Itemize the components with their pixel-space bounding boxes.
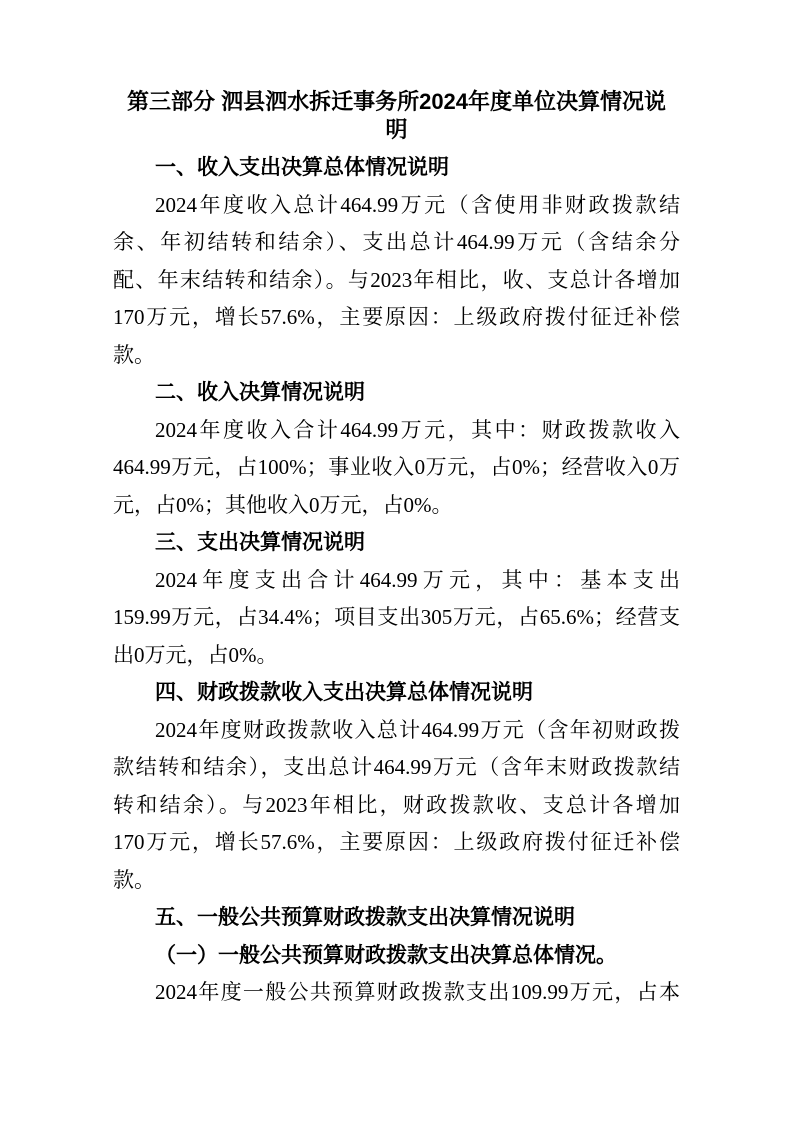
document-body: 第三部分 泗县泗水拆迁事务所2024年度单位决算情况说 明 一、收入支出决算总体… xyxy=(113,88,680,1012)
paragraph-line: 2024年度财政拨款收入总计464.99万元（含年初财政拨 xyxy=(113,712,680,750)
paragraph-line: 170万元，增长57.6%，主要原因：上级政府拨付征迁补偿 xyxy=(113,824,680,862)
document-title-line-1: 第三部分 泗县泗水拆迁事务所2024年度单位决算情况说 xyxy=(113,88,680,116)
section-heading: 四、财政拨款收入支出决算总体情况说明 xyxy=(113,674,680,712)
paragraph-line: 配、年末结转和结余）。与2023年相比，收、支总计各增加 xyxy=(113,262,680,300)
paragraph-line: 159.99万元，占34.4%；项目支出305万元，占65.6%；经营支 xyxy=(113,599,680,637)
document-page: 第三部分 泗县泗水拆迁事务所2024年度单位决算情况说 明 一、收入支出决算总体… xyxy=(0,0,793,1122)
paragraph-line: 余、年初结转和结余）、支出总计464.99万元（含结余分 xyxy=(113,224,680,262)
paragraph-line: 转和结余）。与2023年相比，财政拨款收、支总计各增加 xyxy=(113,787,680,825)
section-heading: 二、收入决算情况说明 xyxy=(113,374,680,412)
paragraph-line: 2024年度一般公共预算财政拨款支出109.99万元，占本 xyxy=(113,974,680,1012)
paragraph-line: 元，占0%；其他收入0万元，占0%。 xyxy=(113,487,680,525)
paragraph-line: 2024年度收入合计464.99万元，其中：财政拨款收入 xyxy=(113,412,680,450)
section-expenditure-accounts: 三、支出决算情况说明 2024年度支出合计464.99万元，其中：基本支出 15… xyxy=(113,524,680,674)
paragraph-line: 170万元，增长57.6%，主要原因：上级政府拨付征迁补偿 xyxy=(113,299,680,337)
paragraph-line: 2024年度收入总计464.99万元（含使用非财政拨款结 xyxy=(113,187,680,225)
document-title-line-2: 明 xyxy=(113,116,680,144)
section-general-public-budget-expenditure: 五、一般公共预算财政拨款支出决算情况说明 （一）一般公共预算财政拨款支出决算总体… xyxy=(113,899,680,1012)
paragraph-line: 款结转和结余），支出总计464.99万元（含年末财政拨款结 xyxy=(113,749,680,787)
paragraph-line: 款。 xyxy=(113,862,680,900)
section-fiscal-appropriation-overview: 四、财政拨款收入支出决算总体情况说明 2024年度财政拨款收入总计464.99万… xyxy=(113,674,680,899)
paragraph-line: 2024年度支出合计464.99万元，其中：基本支出 xyxy=(113,562,680,600)
paragraph-line: 款。 xyxy=(113,337,680,375)
section-income-expenditure-overview: 一、收入支出决算总体情况说明 2024年度收入总计464.99万元（含使用非财政… xyxy=(113,149,680,374)
document-title: 第三部分 泗县泗水拆迁事务所2024年度单位决算情况说 明 xyxy=(113,88,680,144)
paragraph-line: 出0万元，占0%。 xyxy=(113,637,680,675)
subsection-heading: （一）一般公共预算财政拨款支出决算总体情况。 xyxy=(113,937,680,975)
section-heading: 三、支出决算情况说明 xyxy=(113,524,680,562)
section-heading: 一、收入支出决算总体情况说明 xyxy=(113,149,680,187)
section-heading: 五、一般公共预算财政拨款支出决算情况说明 xyxy=(113,899,680,937)
section-income-accounts: 二、收入决算情况说明 2024年度收入合计464.99万元，其中：财政拨款收入 … xyxy=(113,374,680,524)
paragraph-line: 464.99万元，占100%；事业收入0万元，占0%；经营收入0万 xyxy=(113,449,680,487)
